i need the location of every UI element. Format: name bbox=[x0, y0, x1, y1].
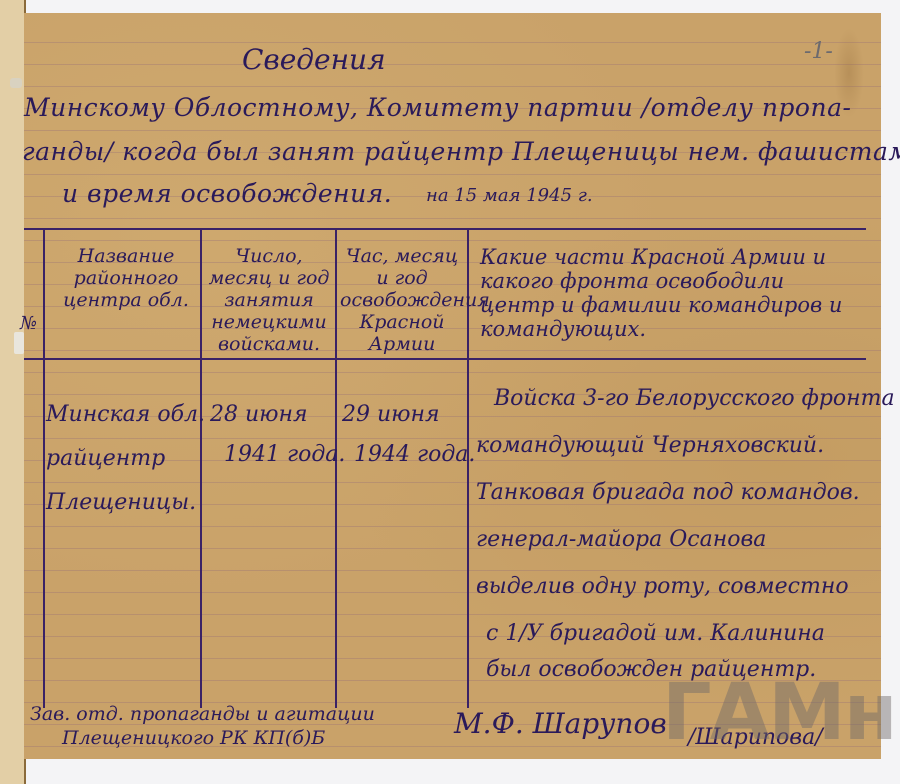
cell-units-line-5: выделив одну роту, совместно bbox=[476, 563, 849, 610]
cell-units-line-2: командующий Черняховский. bbox=[476, 422, 824, 469]
binder-clip bbox=[10, 78, 22, 88]
column-header-occupied: Число, месяц и год занятия немецкими вой… bbox=[206, 245, 332, 355]
handwritten-signature: М.Ф. Шарупов bbox=[454, 707, 667, 740]
document-page: -1- Сведения Минскому Облостному, Комите… bbox=[24, 13, 881, 759]
header-line-3: и время освобождения. bbox=[62, 179, 392, 208]
column-header-liberated: Час, месяц и год освобождения Красной Ар… bbox=[340, 245, 464, 355]
document-title: Сведения bbox=[242, 43, 386, 76]
date-note: на 15 мая 1945 г. bbox=[426, 185, 593, 206]
column-divider bbox=[200, 228, 202, 708]
row-number-marker: № bbox=[20, 313, 37, 334]
header-line-2: ганды/ когда был занят райцентр Плещениц… bbox=[22, 137, 900, 166]
archive-watermark: ГАМн bbox=[662, 668, 896, 758]
cell-liberated-1: 29 июня bbox=[342, 393, 440, 437]
cell-district-2: райцентр bbox=[46, 437, 165, 481]
cell-units-line-3: Танковая бригада под командов. bbox=[476, 469, 860, 516]
signatory-position-line-1: Зав. отд. пропаганды и агитации bbox=[30, 703, 375, 725]
binder-clip bbox=[14, 332, 24, 354]
page-number-mark: -1- bbox=[804, 39, 833, 64]
table-header-border bbox=[24, 358, 866, 360]
column-divider bbox=[43, 228, 45, 708]
cell-occupied-2: 1941 года. bbox=[224, 433, 345, 477]
column-header-district: Название районного центра обл. bbox=[52, 245, 200, 311]
binder-strip bbox=[0, 0, 26, 784]
table-top-border bbox=[24, 228, 866, 230]
header-line-1: Минскому Облостному, Комитету партии /от… bbox=[24, 93, 851, 122]
cell-district-1: Минская обл. bbox=[46, 393, 205, 437]
cell-units-line-4: генерал-майора Осанова bbox=[476, 516, 766, 563]
cell-liberated-2: 1944 года. bbox=[354, 433, 475, 477]
cell-units-line-1: Войска 3-го Белорусского фронта bbox=[494, 375, 895, 422]
signatory-position-line-2: Плещеницкого РК КП(б)Б bbox=[62, 727, 325, 749]
cell-district-3: Плещеницы. bbox=[46, 481, 196, 525]
cell-occupied-1: 28 июня bbox=[210, 393, 308, 437]
column-header-units: Какие части Красной Армии и какого фронт… bbox=[480, 245, 865, 341]
